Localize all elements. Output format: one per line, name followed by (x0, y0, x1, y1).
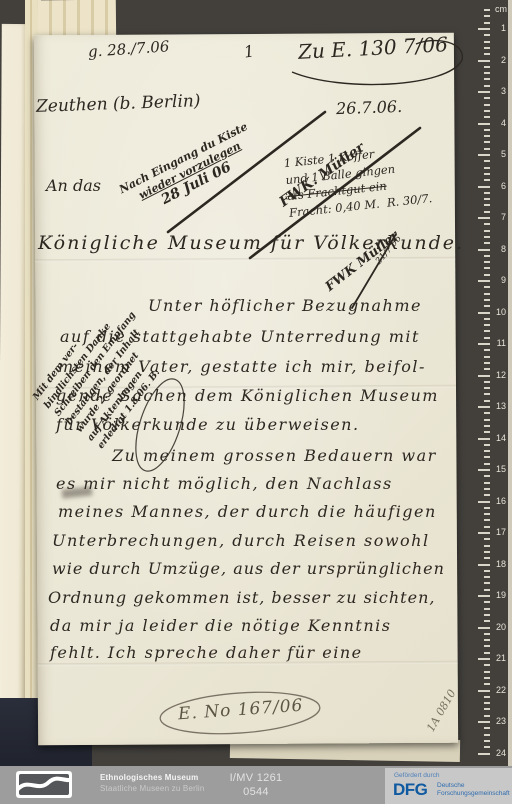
ruler-tick (484, 135, 490, 137)
funding-label: Gefördert durch (394, 772, 440, 779)
ruler-tick (478, 501, 490, 503)
ruler-tick (484, 582, 490, 584)
ruler-tick (484, 708, 490, 710)
date-line: 26.7.06. (336, 99, 403, 117)
ruler-tick (484, 463, 490, 465)
ruler-tick (484, 664, 490, 666)
ruler-tick (484, 740, 490, 742)
ruler-number: 13 (496, 401, 506, 411)
ruler-tick (484, 444, 490, 446)
ruler-number: 5 (501, 149, 506, 159)
ruler-tick (484, 545, 490, 547)
ruler-tick (484, 614, 490, 616)
ruler-number: 23 (496, 716, 506, 726)
ruler-number: 8 (501, 244, 506, 254)
ruler-tick (484, 47, 490, 49)
ruler-number: 3 (501, 86, 506, 96)
body-line: wie durch Umzüge, aus der ursprünglichen (52, 561, 445, 577)
ruler-tick (484, 702, 490, 704)
ruler-tick (484, 148, 490, 150)
ruler-tick (484, 431, 490, 433)
ruler-number: 14 (496, 433, 506, 443)
ruler-number: 22 (496, 685, 506, 695)
ruler-tick (478, 312, 490, 314)
ruler-tick (478, 564, 490, 566)
body-line: es mir nicht möglich, den Nachlass (56, 476, 393, 492)
freight-paraph: R. 30/7. (386, 191, 433, 210)
ruler-tick (484, 368, 490, 370)
ruler-number: 6 (501, 181, 506, 191)
ruler-tick (484, 519, 490, 521)
ruler-tick (484, 608, 490, 610)
ruler-tick (484, 85, 490, 87)
ruler-tick (484, 41, 490, 43)
ruler-tick (478, 469, 490, 471)
ruler-tick (484, 179, 490, 181)
ruler-tick (484, 293, 490, 295)
ruler-tick (484, 400, 490, 402)
ruler-tick (484, 488, 490, 490)
ruler-tick (484, 324, 490, 326)
funder-name-line1: Deutsche (437, 782, 510, 790)
ruler-tick (478, 123, 490, 125)
ruler-number: 7 (501, 212, 506, 222)
ruler-tick (484, 475, 490, 477)
ruler-tick (484, 274, 490, 276)
ruler-number: 15 (496, 464, 506, 474)
ruler-tick (484, 387, 490, 389)
ruler-tick (478, 375, 490, 377)
ruler-tick (484, 419, 490, 421)
ruler-tick (484, 15, 490, 17)
ruler-tick (478, 627, 490, 629)
ruler-edge-strip (508, 0, 512, 766)
ruler-tick (484, 494, 490, 496)
ruler-tick (478, 532, 490, 534)
ruler-tick (484, 110, 490, 112)
ruler-tick (484, 551, 490, 553)
ruler-tick (484, 677, 490, 679)
ruler-tick (484, 198, 490, 200)
ruler-tick (484, 318, 490, 320)
ruler-tick (484, 381, 490, 383)
ruler-tick (484, 9, 490, 11)
ruler-tick (478, 753, 490, 755)
ruler-tick (478, 595, 490, 597)
ruler-tick (478, 690, 490, 692)
ruler-tick (478, 60, 490, 62)
ruler-tick (484, 141, 490, 143)
ruler-tick (484, 330, 490, 332)
ruler-tick (484, 167, 490, 169)
ruler-tick (484, 671, 490, 673)
ruler-tick (478, 721, 490, 723)
ruler-tick (484, 129, 490, 131)
ruler-tick (478, 217, 490, 219)
ruler-tick (484, 393, 490, 395)
ruler-tick (484, 639, 490, 641)
ruler-tick (484, 570, 490, 572)
ruler-tick (484, 299, 490, 301)
body-line: auf die stattgehabte Unterredung mit (60, 329, 420, 345)
ruler-tick (478, 280, 490, 282)
ruler-tick (484, 507, 490, 509)
ruler-tick (484, 526, 490, 528)
ruler-tick (478, 91, 490, 93)
body-line: Ordnung gekommen ist, besser zu sichten, (48, 590, 435, 606)
ruler-tick (484, 261, 490, 263)
body-line: da mir ja leider die nötige Kenntnis (50, 618, 391, 634)
funder-name-line2: Forschungsgemeinschaft (437, 790, 510, 798)
footer-bar: Ethnologisches Museum Staatliche Museen … (0, 766, 512, 804)
ruler-number: 1 (501, 23, 506, 33)
ruler-number: 2 (501, 55, 506, 65)
ruler-tick (484, 286, 490, 288)
ruler-tick (484, 538, 490, 540)
ruler-number: 18 (496, 559, 506, 569)
ruler-tick (484, 425, 490, 427)
ruler-tick (484, 482, 490, 484)
ruler-tick (484, 513, 490, 515)
funder-panel: Gefördert durch DFG Deutsche Forschungsg… (385, 768, 512, 804)
ruler-tick (484, 620, 490, 622)
ruler-tick (484, 349, 490, 351)
ruler-tick (484, 356, 490, 358)
ruler-tick (478, 658, 490, 660)
ruler-number: 12 (496, 370, 506, 380)
ruler-tick (484, 601, 490, 603)
body-line: Unterbrechungen, durch Reisen sowohl (52, 533, 430, 549)
ruler-tick (478, 154, 490, 156)
body-line: Zu meinem grossen Bedauern war (112, 448, 437, 464)
ruler-tick (484, 72, 490, 74)
ruler-tick (478, 186, 490, 188)
ruler-number: 4 (501, 118, 506, 128)
ruler-number: 19 (496, 590, 506, 600)
body-line: meines Mannes, der durch die häufigen (58, 504, 437, 520)
ruler-tick (484, 734, 490, 736)
ruler-tick (484, 22, 490, 24)
ruler-tick (478, 343, 490, 345)
ruler-number: 17 (496, 527, 506, 537)
ruler-tick (484, 412, 490, 414)
ruler-tick (484, 116, 490, 118)
paper-crease (35, 257, 455, 263)
ruler-tick (478, 406, 490, 408)
ruler-number: 11 (497, 338, 506, 348)
funder-name: Deutsche Forschungsgemeinschaft (437, 782, 510, 798)
ruler-tick (484, 34, 490, 36)
ruler-tick (484, 746, 490, 748)
ruler-tick (478, 249, 490, 251)
ruler-tick (484, 97, 490, 99)
ruler-tick (484, 66, 490, 68)
ruler-tick (484, 456, 490, 458)
ruler-number: 20 (496, 622, 506, 632)
ruler-tick (484, 727, 490, 729)
body-line: gende Sachen dem Königlichen Museum (56, 388, 439, 404)
ruler-tick (484, 362, 490, 364)
ruler-tick (484, 576, 490, 578)
ruler-tick (484, 173, 490, 175)
ruler-tick (484, 242, 490, 244)
sheet-number: 1 (243, 43, 255, 60)
ruler-tick (484, 160, 490, 162)
ruler-tick (484, 589, 490, 591)
ruler-tick (478, 438, 490, 440)
ruler-tick (484, 53, 490, 55)
ruler-number: 21 (496, 653, 506, 663)
ruler-tick (484, 267, 490, 269)
ruler-tick (484, 715, 490, 717)
scan-viewport: g. 28./7.06 1 Zu E. 130 7/06 Zeuthen (b.… (0, 0, 512, 804)
ruler-number: 10 (496, 307, 506, 317)
ruler-tick (484, 696, 490, 698)
ruler-tick (484, 645, 490, 647)
body-line: für Völkerkunde zu überweisen. (56, 417, 360, 433)
ruler-tick (484, 211, 490, 213)
address-line-1: An das (46, 178, 101, 194)
ruler-number: 9 (501, 275, 506, 285)
ruler-number: 24 (496, 748, 506, 758)
ruler-tick (484, 104, 490, 106)
dfg-logo: DFG (393, 780, 427, 800)
ruler-tick (478, 28, 490, 30)
ruler-number: 16 (496, 496, 506, 506)
ruler-tick (484, 305, 490, 307)
ruler-unit-label: cm (495, 4, 507, 14)
ruler-tick (484, 192, 490, 194)
ruler-tick (484, 652, 490, 654)
ruler: cm 1234567891011121314151617181920212223… (472, 0, 512, 766)
ruler-tick (484, 223, 490, 225)
ruler-tick (484, 633, 490, 635)
ruler-tick (484, 204, 490, 206)
ruler-tick (484, 683, 490, 685)
ruler-tick (484, 230, 490, 232)
ruler-tick (484, 557, 490, 559)
body-line: meinem Vater, gestatte ich mir, beifol- (58, 359, 426, 375)
body-line: fehlt. Ich spreche daher für eine (50, 645, 363, 661)
ruler-tick (484, 255, 490, 257)
body-line: Unter höflicher Bezugnahme (148, 298, 422, 314)
ruler-tick (484, 450, 490, 452)
ruler-tick (484, 337, 490, 339)
ruler-tick (484, 78, 490, 80)
ruler-tick (484, 236, 490, 238)
